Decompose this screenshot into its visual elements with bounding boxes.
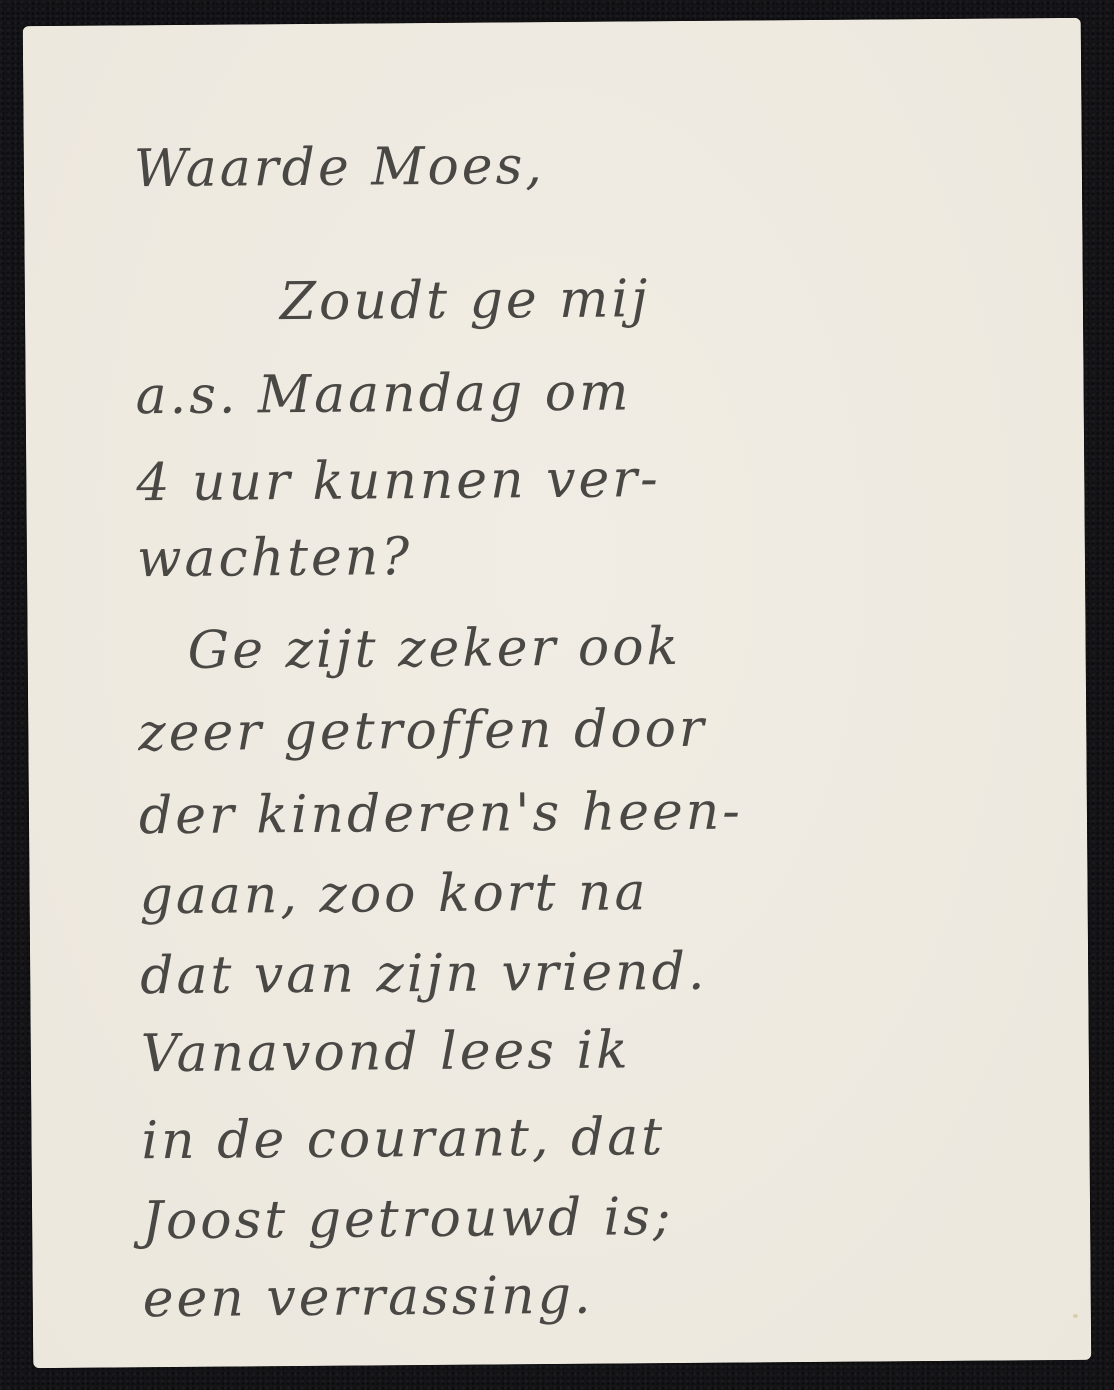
letter-line: een verrassing. xyxy=(143,1270,594,1326)
letter-line: Zoudt ge mij xyxy=(280,273,651,328)
letter-line: in de courant, dat xyxy=(141,1111,665,1167)
letter-body: Waarde Moes, Zoudt ge mij a.s. Maandag o… xyxy=(23,18,1092,1368)
letter-line: Vanavond lees ik xyxy=(141,1024,631,1080)
letter-line: dat van zijn vriend. xyxy=(140,946,708,1002)
letter-line: a.s. Maandag om xyxy=(135,366,631,422)
letter-line: gaan, zoo kort na xyxy=(139,866,648,922)
letter-paper: Waarde Moes, Zoudt ge mij a.s. Maandag o… xyxy=(23,18,1092,1368)
letter-line: wachten? xyxy=(137,531,413,585)
letter-line: der kinderen's heen- xyxy=(139,786,743,843)
paper-stain xyxy=(1073,1314,1078,1318)
salutation-line: Waarde Moes, xyxy=(134,140,545,195)
letter-line: Ge zijt zeker ook xyxy=(187,621,681,677)
letter-line: zeer getroffen door xyxy=(138,703,707,759)
letter-line: Joost getrouwd is; xyxy=(142,1191,674,1247)
letter-line: 4 uur kunnen ver- xyxy=(136,453,661,509)
